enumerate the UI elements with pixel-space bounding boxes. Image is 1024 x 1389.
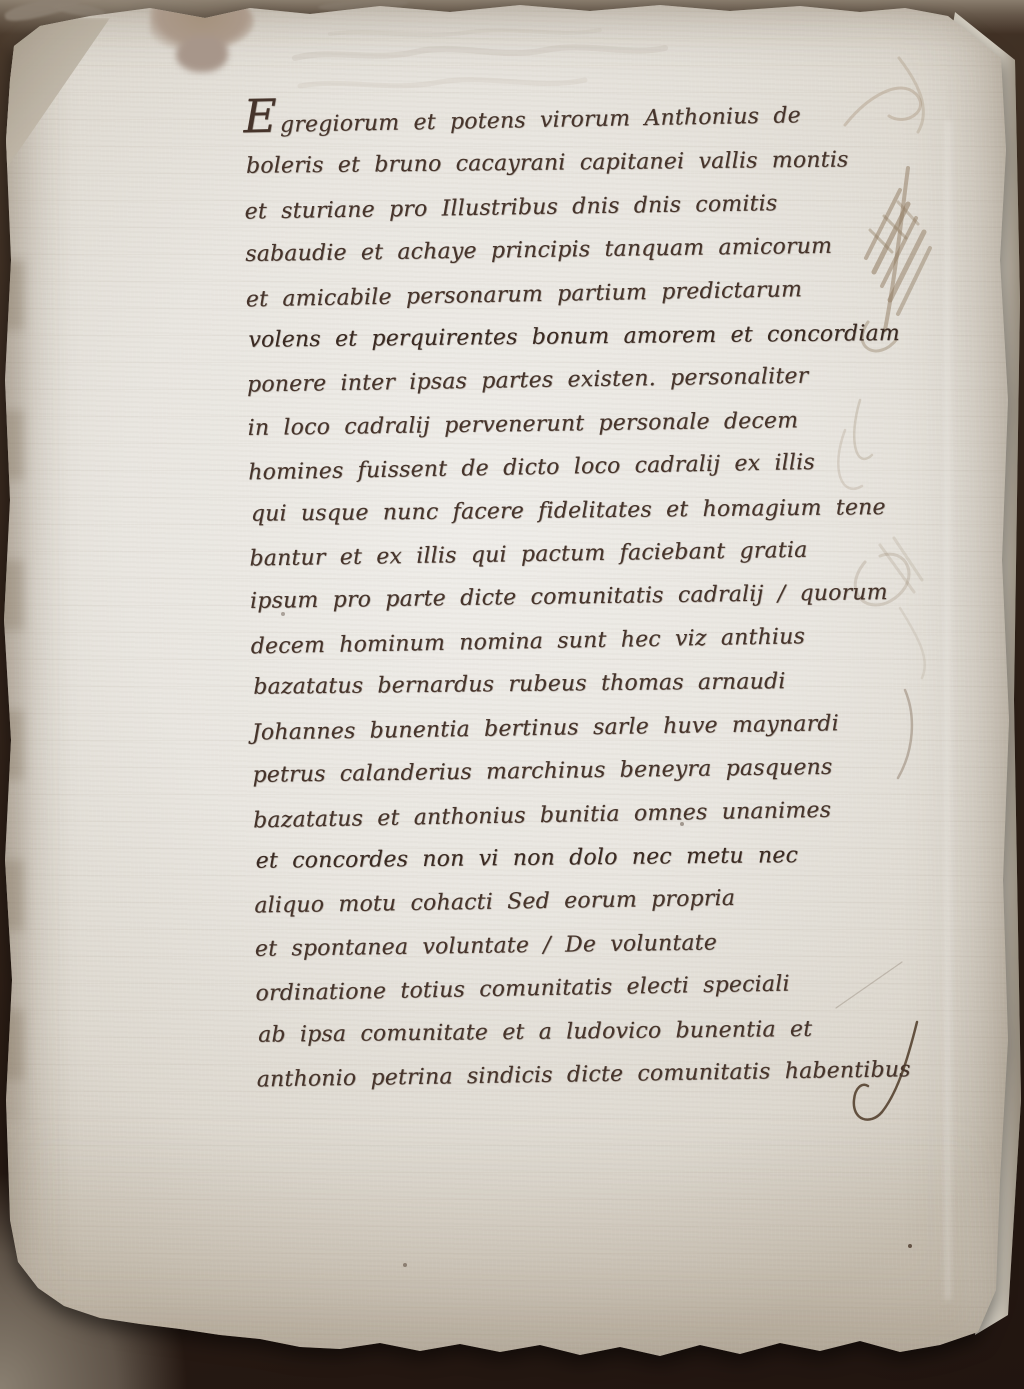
- manuscript-photo: Egregiorum et potens virorum Anthonius d…: [0, 0, 1024, 1389]
- bleedthrough-script-marks: [295, 30, 665, 86]
- text-block: Egregiorum et potens virorum Anthonius d…: [243, 85, 917, 1101]
